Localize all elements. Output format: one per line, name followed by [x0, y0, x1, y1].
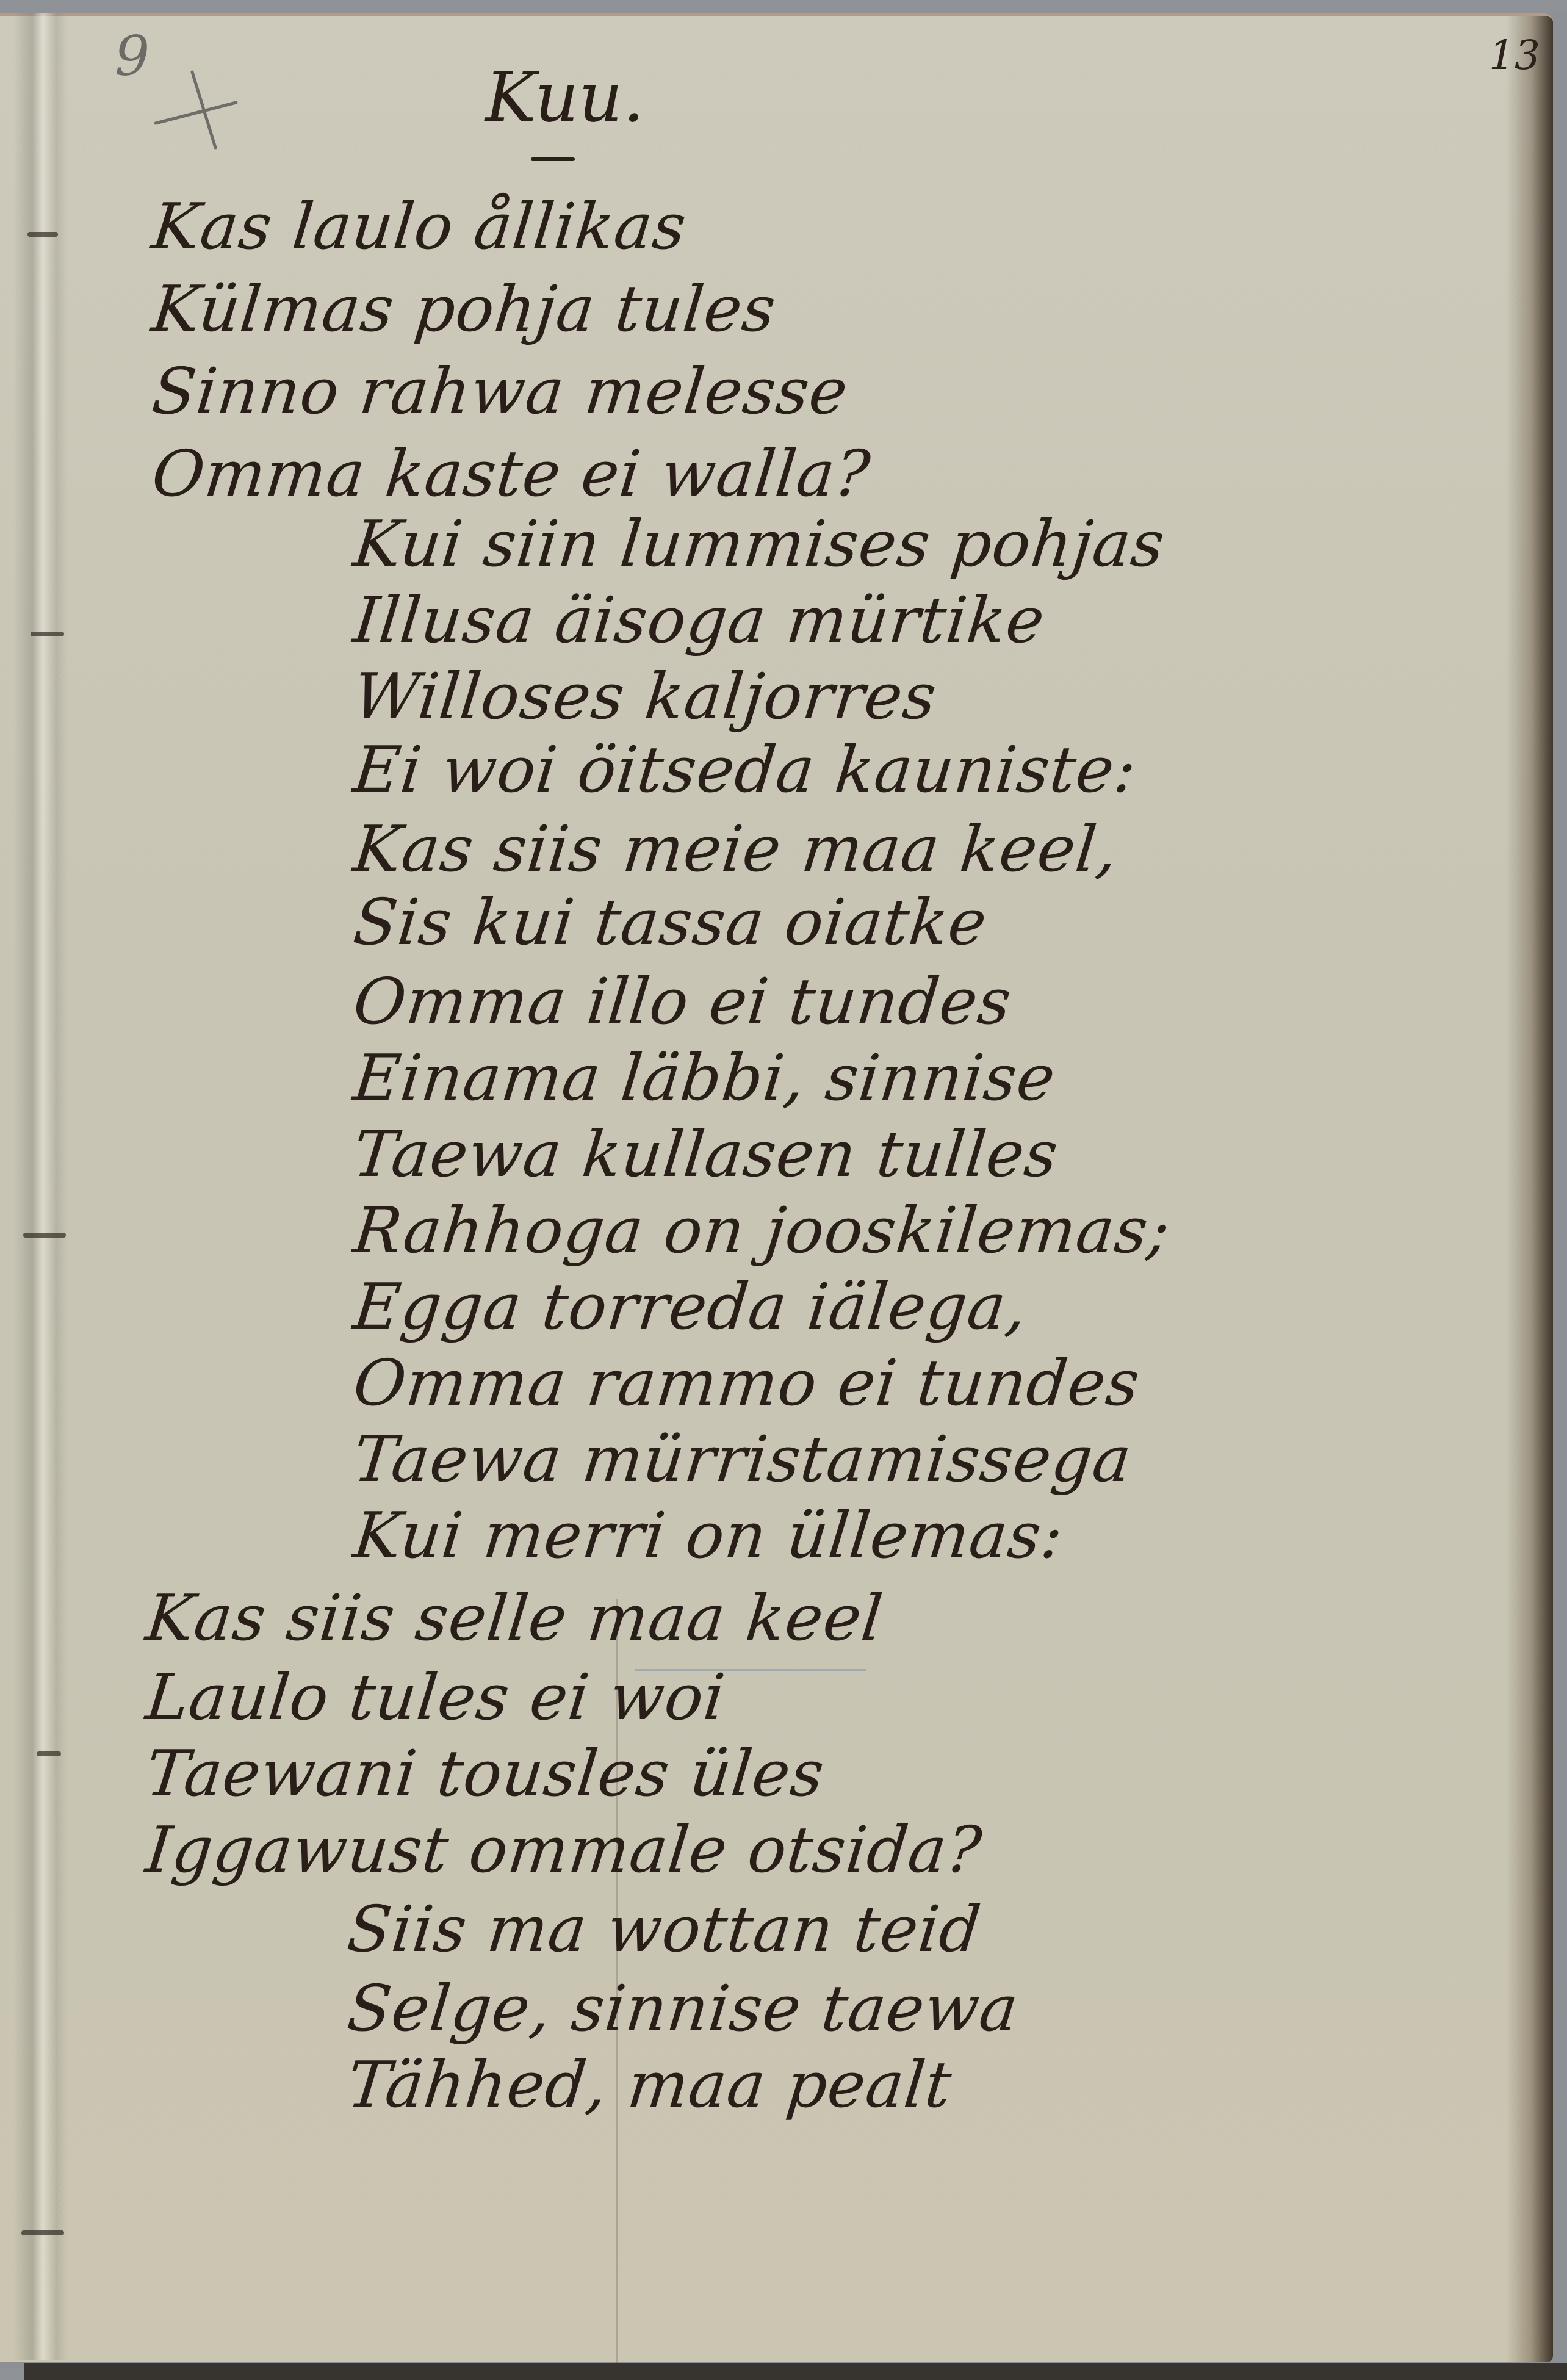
poem-line: Iggawust ommale otsida? — [143, 1812, 985, 1887]
poem-line: Selge, sinnise taewa — [344, 1971, 1022, 2046]
title-underline — [531, 157, 575, 161]
binding-stitch — [21, 2230, 64, 2235]
poem-line: Omma kaste ei walla? — [149, 436, 874, 511]
binding-gutter — [13, 13, 67, 2360]
poem-line: Kui merri on üllemas: — [350, 1498, 1067, 1573]
poem-line: Illusa äisoga mürtike — [350, 583, 1049, 657]
poem-line: Taewa kullasen tulles — [350, 1117, 1062, 1191]
faint-blue-mark — [635, 1669, 866, 1671]
poem-line: Külmas pohja tules — [149, 272, 780, 346]
binding-stitch — [37, 1751, 61, 1756]
page-number: 13 — [1489, 32, 1540, 79]
scan-background-bottom — [0, 2368, 24, 2380]
poem-line: Sinno rahwa melesse — [149, 354, 852, 428]
poem-line: Tähhed, maa pealt — [344, 2047, 956, 2122]
poem-line: Willoses kaljorres — [350, 659, 940, 734]
poem-line: Taewa mürristamissega — [350, 1422, 1136, 1496]
poem-line: Siis ma wottan teid — [344, 1892, 985, 1966]
poem-line: Kas laulo ållikas — [149, 189, 690, 264]
poem-line: Omma illo ei tundes — [350, 964, 1015, 1039]
binding-stitch — [31, 632, 64, 636]
binding-stitch — [23, 1233, 66, 1238]
poem-line: Taewani tousles üles — [143, 1736, 828, 1811]
poem-line: Einama läbbi, sinnise — [350, 1040, 1059, 1115]
poem-line: Egga torreda iälega, — [350, 1269, 1031, 1344]
poem-title: Kuu. — [485, 58, 644, 137]
poem-line: Kui siin lummises pohjas — [350, 507, 1169, 581]
pencil-annotation-number: 9 — [115, 24, 149, 88]
poem-line: Kas siis selle maa keel — [143, 1581, 887, 1655]
scan-background-top — [0, 0, 1567, 13]
book-bottom-edge — [24, 2363, 1567, 2380]
binding-stitch — [27, 232, 58, 237]
poem-line: Omma rammo ei tundes — [350, 1346, 1144, 1420]
cross-icon — [149, 67, 241, 153]
poem-line: Ei woi öitseda kauniste: — [350, 732, 1140, 807]
poem-line: Rahhoga on jooskilemas; — [350, 1193, 1174, 1268]
poem-line: Sis kui tassa oiatke — [350, 885, 991, 959]
poem-line: Kas siis meie maa keel, — [350, 812, 1122, 886]
